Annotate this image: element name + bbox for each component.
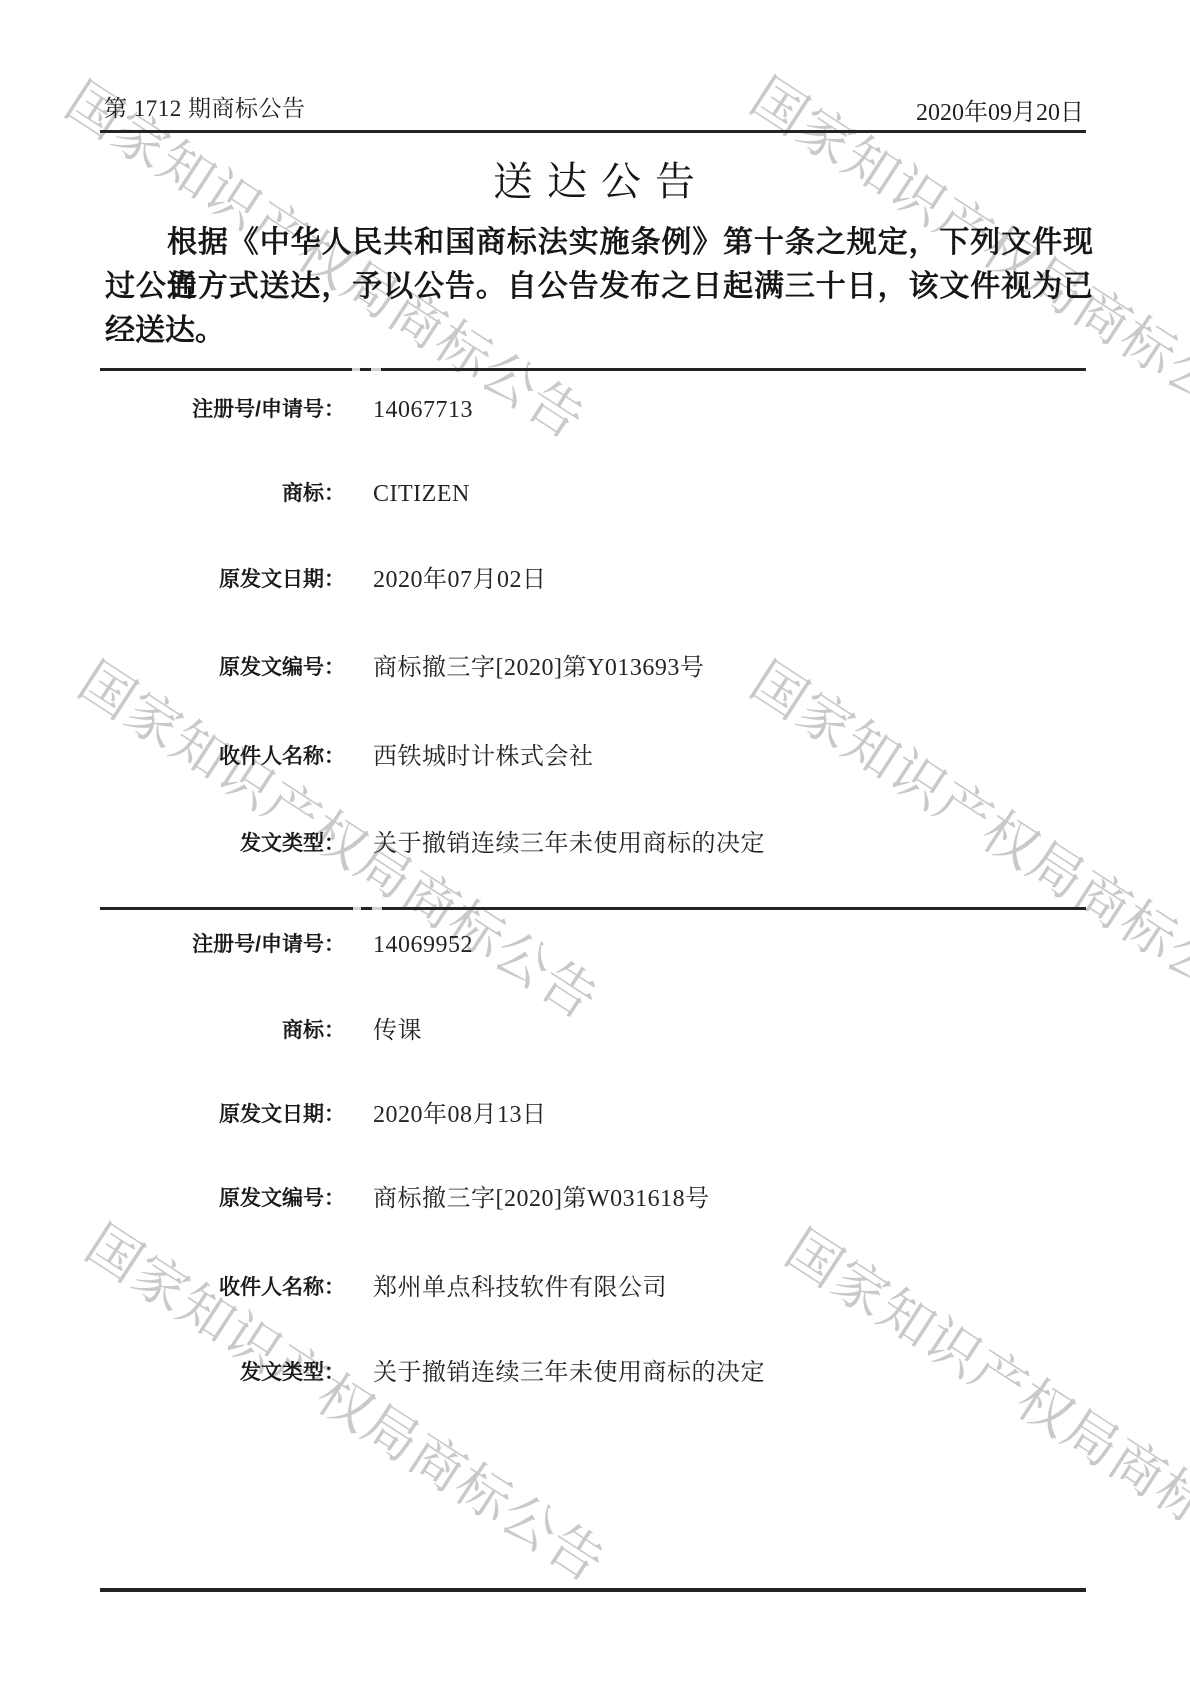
record-separator (100, 907, 1086, 910)
header-rule (100, 130, 1086, 133)
intro-paragraph-line: 经送达。 (105, 309, 1093, 353)
field-value: CITIZEN (373, 478, 470, 510)
field-label: 原发文日期： (100, 1099, 345, 1131)
field-row: 收件人名称： 郑州单点科技软件有限公司 (0, 1272, 1190, 1304)
field-value: 14067713 (373, 394, 473, 426)
field-row: 商标： 传课 (0, 1015, 1190, 1047)
field-row: 原发文日期： 2020年07月02日 (0, 564, 1190, 596)
field-label: 原发文编号： (100, 652, 345, 684)
field-label: 原发文日期： (100, 564, 345, 596)
gazette-page: 第 1712 期商标公告 2020年09月20日 送 达 公 告 根据《中华人民… (0, 0, 1190, 1684)
rule-scan-notch (371, 368, 381, 371)
field-label: 注册号/申请号： (100, 394, 345, 426)
field-row: 原发文编号： 商标撤三字[2020]第W031618号 (0, 1183, 1190, 1215)
field-label: 原发文编号： (100, 1183, 345, 1215)
field-row: 注册号/申请号： 14067713 (0, 394, 1190, 426)
field-label: 收件人名称： (100, 741, 345, 773)
field-value: 商标撤三字[2020]第Y013693号 (373, 652, 704, 684)
field-row: 原发文编号： 商标撤三字[2020]第Y013693号 (0, 652, 1190, 684)
bottom-rule (100, 1588, 1086, 1592)
field-label: 商标： (100, 478, 345, 510)
field-row: 原发文日期： 2020年08月13日 (0, 1099, 1190, 1131)
gazette-issue-number: 第 1712 期商标公告 (104, 90, 306, 123)
intro-paragraph-line: 过公告方式送达，予以公告。自公告发布之日起满三十日，该文件视为已 (105, 265, 1093, 309)
rule-scan-notch (372, 907, 382, 910)
field-row: 发文类型： 关于撤销连续三年未使用商标的决定 (0, 1357, 1190, 1389)
field-label: 发文类型： (100, 1357, 345, 1389)
field-value: 14069952 (373, 929, 473, 961)
field-value: 2020年08月13日 (373, 1099, 547, 1131)
field-value: 商标撤三字[2020]第W031618号 (373, 1183, 710, 1215)
field-label: 注册号/申请号： (100, 929, 345, 961)
field-row: 商标： CITIZEN (0, 478, 1190, 510)
field-row: 收件人名称： 西铁城时计株式会社 (0, 741, 1190, 773)
gazette-date: 2020年09月20日 (916, 92, 1084, 127)
page-title: 送 达 公 告 (0, 150, 1190, 207)
rule-scan-notch (352, 368, 360, 371)
field-value: 关于撤销连续三年未使用商标的决定 (373, 828, 765, 860)
field-value: 关于撤销连续三年未使用商标的决定 (373, 1357, 765, 1389)
field-label: 收件人名称： (100, 1272, 345, 1304)
intro-paragraph-line: 根据《中华人民共和国商标法实施条例》第十条之规定，下列文件现通 (105, 221, 1093, 265)
field-row: 发文类型： 关于撤销连续三年未使用商标的决定 (0, 828, 1190, 860)
field-value: 郑州单点科技软件有限公司 (373, 1272, 667, 1304)
record-separator (100, 368, 1086, 371)
field-row: 注册号/申请号： 14069952 (0, 929, 1190, 961)
field-label: 发文类型： (100, 828, 345, 860)
field-value: 传课 (373, 1015, 422, 1047)
rule-scan-notch (353, 907, 361, 910)
field-value: 2020年07月02日 (373, 564, 547, 596)
field-value: 西铁城时计株式会社 (373, 741, 594, 773)
field-label: 商标： (100, 1015, 345, 1047)
